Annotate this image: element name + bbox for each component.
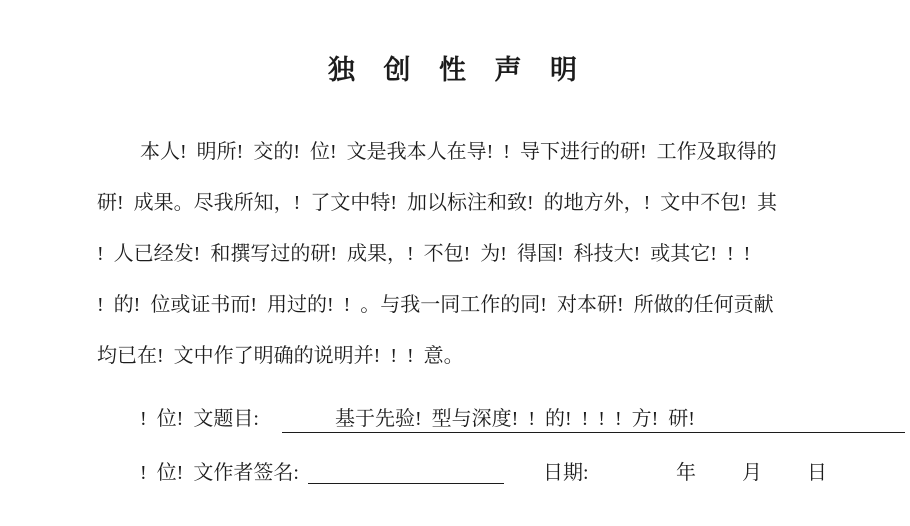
date-label: 日期: bbox=[543, 460, 589, 486]
body-line-2: 研! 成果。尽我所知，! 了文中特! 加以标注和致! 的地方外，! 文中不包! … bbox=[97, 178, 817, 229]
signature-blank[interactable] bbox=[308, 460, 504, 484]
body-line-1: 本人! 明所! 交的! 位! 文是我本人在导! ! 导下进行的研! 工作及取得的 bbox=[97, 127, 817, 178]
body-line-5: 均已在! 文中作了明确的说明并! ! ! 意。 bbox=[97, 331, 817, 382]
thesis-title-row: ! 位! 文题目: 基于先验! 型与深度! ! 的! ! ! ! 方! 研! bbox=[0, 406, 910, 436]
signature-row: ! 位! 文作者签名: 日期: 年 月 日 bbox=[0, 460, 910, 490]
thesis-title-value: 基于先验! 型与深度! ! 的! ! ! ! 方! 研! bbox=[335, 408, 695, 430]
body-line-4: ! 的! 位或证书而! 用过的! ! 。与我一同工作的同! 对本研! 所做的任何… bbox=[97, 280, 817, 331]
signature-label: ! 位! 文作者签名: bbox=[140, 460, 299, 486]
body-line-3: ! 人已经发! 和撰写过的研! 成果，! 不包! 为! 得国! 科技大! 或其它… bbox=[97, 229, 817, 280]
thesis-title-blank[interactable]: 基于先验! 型与深度! ! 的! ! ! ! 方! 研! bbox=[282, 406, 905, 433]
date-year-label: 年 bbox=[676, 460, 696, 486]
declaration-body: 本人! 明所! 交的! 位! 文是我本人在导! ! 导下进行的研! 工作及取得的… bbox=[97, 127, 817, 382]
declaration-page: 独 创 性 声 明 本人! 明所! 交的! 位! 文是我本人在导! ! 导下进行… bbox=[0, 0, 910, 526]
page-title: 独 创 性 声 明 bbox=[0, 48, 910, 87]
date-month-label: 月 bbox=[742, 460, 762, 486]
date-day-label: 日 bbox=[807, 460, 827, 486]
thesis-title-label: ! 位! 文题目: bbox=[140, 406, 259, 432]
